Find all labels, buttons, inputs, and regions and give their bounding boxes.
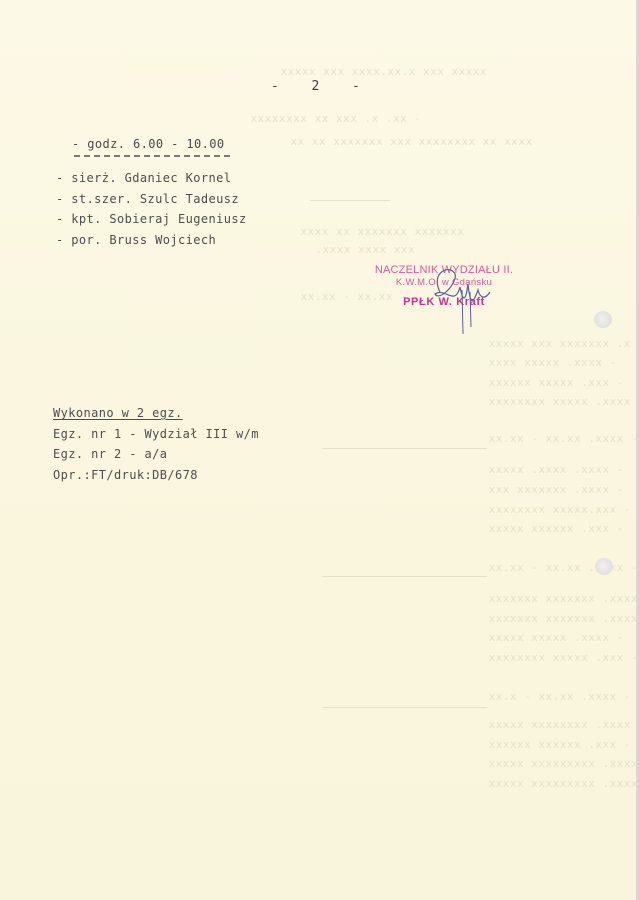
punch-hole (594, 311, 612, 328)
personnel-list: - sierż. Gdaniec Kornel - st.szer. Szulc… (56, 168, 247, 250)
copies-line: Egz. nr 2 - a/a (53, 444, 259, 465)
page-number-dash: - (352, 79, 361, 94)
page-number-value: 2 (311, 79, 320, 94)
list-item: - por. Bruss Wojciech (56, 230, 247, 251)
dashed-underline (74, 155, 230, 157)
list-item: - sierż. Gdaniec Kornel (56, 168, 247, 189)
punch-hole (595, 558, 613, 575)
page-number: - 2 - (271, 79, 361, 94)
document-page: xxxxx xxx x.xx.xxxx xxx xxxxx - xx. x. x… (0, 0, 639, 900)
copies-line: Opr.:FT/druk:DB/678 (53, 465, 259, 486)
shift-heading: - godz. 6.00 - 10.00 (72, 137, 225, 151)
signature-icon (410, 262, 500, 337)
list-item: - st.szer. Szulc Tadeusz (56, 189, 247, 210)
copies-block: Wykonano w 2 egz. Egz. nr 1 - Wydział II… (53, 403, 259, 485)
page-number-dash: - (271, 79, 280, 94)
copies-title: Wykonano w 2 egz. (53, 403, 259, 424)
list-item: - kpt. Sobieraj Eugeniusz (56, 209, 247, 230)
copies-line: Egz. nr 1 - Wydział III w/m (53, 424, 259, 445)
